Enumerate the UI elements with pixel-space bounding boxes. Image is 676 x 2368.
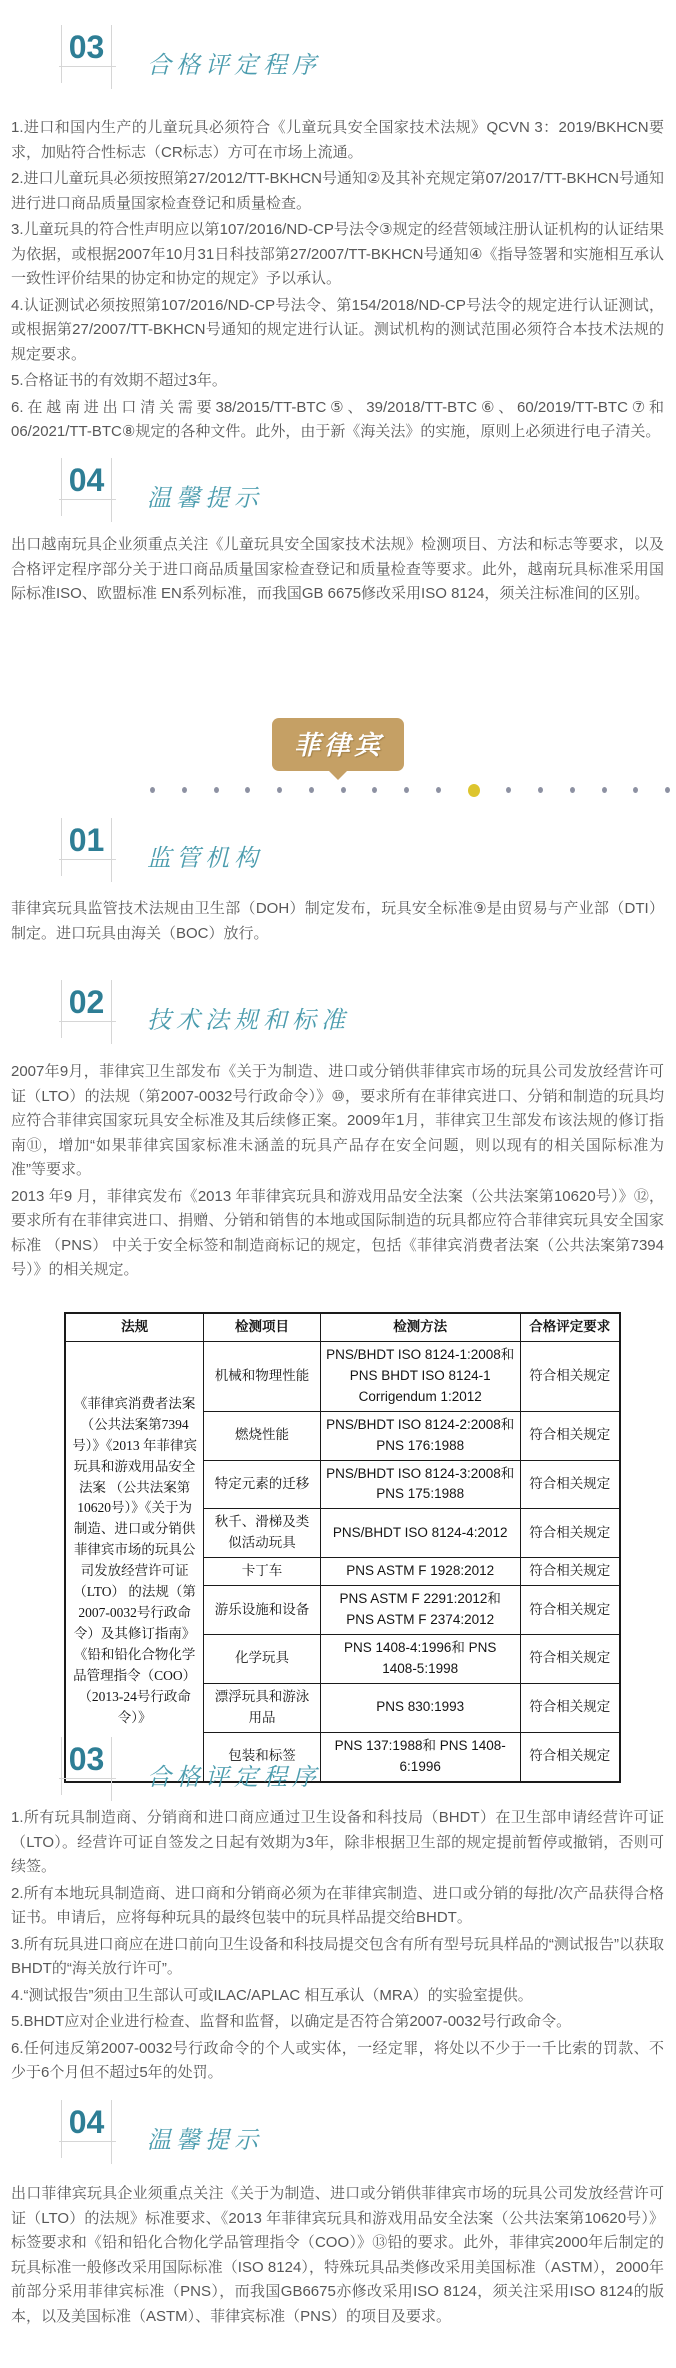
regulations-table-wrap: 法规检测项目检测方法合格评定要求 《菲律宾消费者法案（公共法案第7394号）》《… [64,1312,621,1783]
dot [436,787,441,793]
section-number-box: 04 [61,458,112,522]
list-item: 5.合格证书的有效期不超过3年。 [11,369,664,394]
cell-req: 符合相关规定 [520,1509,620,1558]
section-marker-ph-03: 03 合格评定程序 [0,1737,676,1801]
cell-req: 符合相关规定 [520,1634,620,1683]
dot [602,787,607,793]
list-item: 3.所有玩具进口商应在进口前向卫生设备和科技局提交包含有所有型号玩具样品的“测试… [11,1933,664,1982]
section-number: 01 [61,824,112,856]
list-item: 1.所有玩具制造商、分销商和进口商应通过卫生设备和科技局（BHDT）在卫生部申请… [11,1806,664,1880]
cell-method: PNS 1408-4:1996和 PNS 1408-5:1998 [320,1634,520,1683]
section-marker-vn-03: 03 合格评定程序 [0,25,676,89]
country-badge-wrap: 菲律宾 [0,718,676,771]
section-number-box: 01 [61,818,112,882]
cell-req: 符合相关规定 [520,1460,620,1509]
section-number: 02 [61,986,112,1018]
carousel-dots [150,783,670,797]
cell-method: PNS ASTM F 1928:2012 [320,1558,520,1586]
cell-item: 特定元素的迁移 [204,1460,321,1509]
section-marker-ph-02: 02 技术法规和标准 [0,980,676,1044]
cell-item: 漂浮玩具和游泳用品 [204,1683,321,1732]
dot [182,787,187,793]
dot [633,787,638,793]
table-header-row: 法规检测项目检测方法合格评定要求 [65,1313,620,1341]
list-item: 2.所有本地玩具制造商、进口商和分销商必须为在菲律宾制造、进口或分销的每批/次产… [11,1882,664,1931]
cell-req: 符合相关规定 [520,1341,620,1411]
table-header-cell: 检测方法 [320,1313,520,1341]
ph-tips-paragraph: 出口菲律宾玩具企业须重点关注《关于为制造、进口或分销供菲律宾市场的玩具公司发放经… [11,2182,664,2331]
marker-horizontal-line [59,2141,116,2142]
cell-method: PNS/BHDT ISO 8124-1:2008和 PNS BHDT ISO 8… [320,1341,520,1411]
section-title: 合格评定程序 [147,45,321,80]
list-item: 2013 年9 月，菲律宾发布《2013 年菲律宾玩具和游戏用品安全法案（公共法… [11,1185,664,1283]
section-number: 03 [61,1743,112,1775]
dot [341,787,346,793]
marker-horizontal-line [59,499,116,500]
table-body: 《菲律宾消费者法案（公共法案第7394号）》《2013 年菲律宾玩具和游戏用品安… [65,1341,620,1781]
regulations-table: 法规检测项目检测方法合格评定要求 《菲律宾消费者法案（公共法案第7394号）》《… [64,1312,621,1783]
section-marker-vn-04: 04 温馨提示 [0,458,676,522]
dot-active [468,784,480,797]
section-number-box: 03 [61,25,112,89]
cell-item: 机械和物理性能 [204,1341,321,1411]
section-title: 监管机构 [147,838,263,873]
section-number: 03 [61,31,112,63]
list-item: 5.BHDT应对企业进行检查、监督和监督，以确定是否符合第2007-0032号行… [11,2010,664,2035]
paragraph: 出口菲律宾玩具企业须重点关注《关于为制造、进口或分销供菲律宾市场的玩具公司发放经… [11,2182,664,2329]
table-header-cell: 检测项目 [204,1313,321,1341]
dot [665,787,670,793]
section-title: 温馨提示 [147,478,263,513]
list-item: 6.在越南进出口清关需要38/2015/TT-BTC⑤、39/2018/TT-B… [11,396,664,445]
article-page: 03 合格评定程序 1.进口和国内生产的儿童玩具必须符合《儿童玩具安全国家技术法… [0,0,676,2368]
dot [570,787,575,793]
section-number-box: 02 [61,980,112,1044]
marker-horizontal-line [59,66,116,67]
cell-item: 化学玩具 [204,1634,321,1683]
cell-item: 秋千、滑梯及类似活动玩具 [204,1509,321,1558]
section-title: 技术法规和标准 [147,1000,350,1035]
cell-req: 符合相关规定 [520,1558,620,1586]
list-item: 4.认证测试必须按照第107/2016/ND-CP号法令、第154/2018/N… [11,294,664,368]
regulation-cell: 《菲律宾消费者法案（公共法案第7394号）》《2013 年菲律宾玩具和游戏用品安… [65,1341,204,1781]
dot [506,787,511,793]
section-title: 合格评定程序 [147,1757,321,1792]
section-number-box: 04 [61,2100,112,2164]
section-title: 温馨提示 [147,2120,263,2155]
dot [245,787,250,793]
vn-tips-paragraph: 出口越南玩具企业须重点关注《儿童玩具安全国家技术法规》检测项目、方法和标志等要求… [11,533,664,609]
cell-req: 符合相关规定 [520,1683,620,1732]
cell-method: PNS/BHDT ISO 8124-4:2012 [320,1509,520,1558]
cell-req: 符合相关规定 [520,1586,620,1635]
table-header-cell: 法规 [65,1313,204,1341]
cell-method: PNS ASTM F 2291:2012和 PNS ASTM F 2374:20… [320,1586,520,1635]
section-marker-ph-01: 01 监管机构 [0,818,676,882]
section-number: 04 [61,2106,112,2138]
list-item: 4.“测试报告”须由卫生部认可或ILAC/APLAC 相互承认（MRA）的实验室… [11,1984,664,2009]
section-marker-ph-04: 04 温馨提示 [0,2100,676,2164]
cell-method: PNS 830:1993 [320,1683,520,1732]
paragraph: 出口越南玩具企业须重点关注《儿童玩具安全国家技术法规》检测项目、方法和标志等要求… [11,533,664,607]
dot [277,787,282,793]
dot [404,787,409,793]
cell-item: 燃烧性能 [204,1411,321,1460]
marker-horizontal-line [59,1778,116,1779]
ph-regulations-paragraphs: 2007年9月，菲律宾卫生部发布《关于为制造、进口或分销供菲律宾市场的玩具公司发… [11,1060,664,1285]
marker-horizontal-line [59,859,116,860]
table-row: 《菲律宾消费者法案（公共法案第7394号）》《2013 年菲律宾玩具和游戏用品安… [65,1341,620,1411]
cell-req: 符合相关规定 [520,1411,620,1460]
cell-method: PNS/BHDT ISO 8124-3:2008和 PNS 175:1988 [320,1460,520,1509]
paragraph: 菲律宾玩具监管技术法规由卫生部（DOH）制定发布，玩具安全标准⑨是由贸易与产业部… [11,897,664,946]
section-number: 04 [61,464,112,496]
dot [538,787,543,793]
vn-conformity-list: 1.进口和国内生产的儿童玩具必须符合《儿童玩具安全国家技术法规》QCVN 3：2… [11,116,664,447]
list-item: 3.儿童玩具的符合性声明应以第107/2016/ND-CP号法令③规定的经营领域… [11,218,664,292]
list-item: 6.任何违反第2007-0032号行政命令的个人或实体，一经定罪，将处以不少于一… [11,2037,664,2086]
dot [309,787,314,793]
marker-horizontal-line [59,1021,116,1022]
cell-item: 游乐设施和设备 [204,1586,321,1635]
country-badge: 菲律宾 [272,718,404,771]
list-item: 2.进口儿童玩具必须按照第27/2012/TT-BKHCN号通知②及其补充规定第… [11,167,664,216]
ph-regulator-paragraph: 菲律宾玩具监管技术法规由卫生部（DOH）制定发布，玩具安全标准⑨是由贸易与产业部… [11,897,664,948]
dot [372,787,377,793]
cell-item: 卡丁车 [204,1558,321,1586]
section-number-box: 03 [61,1737,112,1801]
table-header-cell: 合格评定要求 [520,1313,620,1341]
list-item: 2007年9月，菲律宾卫生部发布《关于为制造、进口或分销供菲律宾市场的玩具公司发… [11,1060,664,1183]
list-item: 1.进口和国内生产的儿童玩具必须符合《儿童玩具安全国家技术法规》QCVN 3：2… [11,116,664,165]
dot [214,787,219,793]
cell-method: PNS/BHDT ISO 8124-2:2008和 PNS 176:1988 [320,1411,520,1460]
ph-conformity-list: 1.所有玩具制造商、分销商和进口商应通过卫生设备和科技局（BHDT）在卫生部申请… [11,1806,664,2088]
dot [150,787,155,793]
